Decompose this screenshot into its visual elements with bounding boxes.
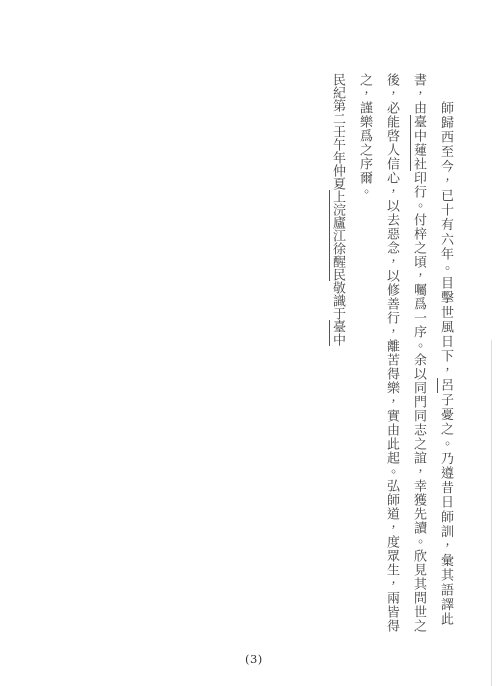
text-column-1: 師歸西至今，已十有六年。目擊世風日下，呂子憂之。乃遵昔日師訓，彙其語譯此: [438, 73, 452, 648]
proper-noun-marked-text: 臺中: [329, 320, 345, 346]
proper-noun-marked-text: 上浣廬江徐醒民: [329, 190, 345, 281]
text-segment: 民紀第二壬午年仲夏: [330, 73, 345, 190]
page-number: (3): [245, 652, 263, 666]
text-segment: 之，謹樂爲之序爾。: [357, 73, 372, 199]
text-segment: 子憂之。乃遵昔日師訓，彙其語譯此: [438, 393, 453, 627]
vertical-text-block: 師歸西至今，已十有六年。目擊世風日下，呂子憂之。乃遵昔日師訓，彙其語譯此書，由臺…: [317, 73, 452, 648]
text-column-3: 後，必能啓人信心，以去惡念，以修善行，離苦得樂，實由此起。弘師道，度眾生，兩皆得: [384, 73, 398, 648]
text-segment: 後，必能啓人信心，以去惡念，以修善行，離苦得樂，實由此起。弘師道，度眾生，兩皆得: [384, 73, 399, 633]
page-edge-shadow: [491, 340, 492, 686]
text-column-2: 書，由臺中蓮社印行。付梓之頃，囑爲一序。余以同門同志之誼，幸獲先讀。欣見其問世之: [411, 73, 425, 648]
text-column-4: 之，謹樂爲之序爾。: [357, 73, 371, 648]
scanned-page: 師歸西至今，已十有六年。目擊世風日下，呂子憂之。乃遵昔日師訓，彙其語譯此書，由臺…: [0, 0, 500, 686]
proper-noun-marked-text: 呂: [437, 378, 453, 393]
text-column-5: 民紀第二壬午年仲夏上浣廬江徐醒民敬識于臺中: [330, 73, 344, 648]
text-segment: 師歸西至今，已十有六年。目擊世風日下，: [438, 101, 453, 378]
text-segment: 敬識于: [330, 281, 345, 320]
text-segment: 印行。付梓之頃，囑爲一序。余以同門同志之誼，幸獲先讀。欣見其問世之: [411, 171, 426, 633]
proper-noun-marked-text: 臺中蓮社: [410, 115, 426, 171]
text-segment: 書，由: [411, 73, 426, 115]
